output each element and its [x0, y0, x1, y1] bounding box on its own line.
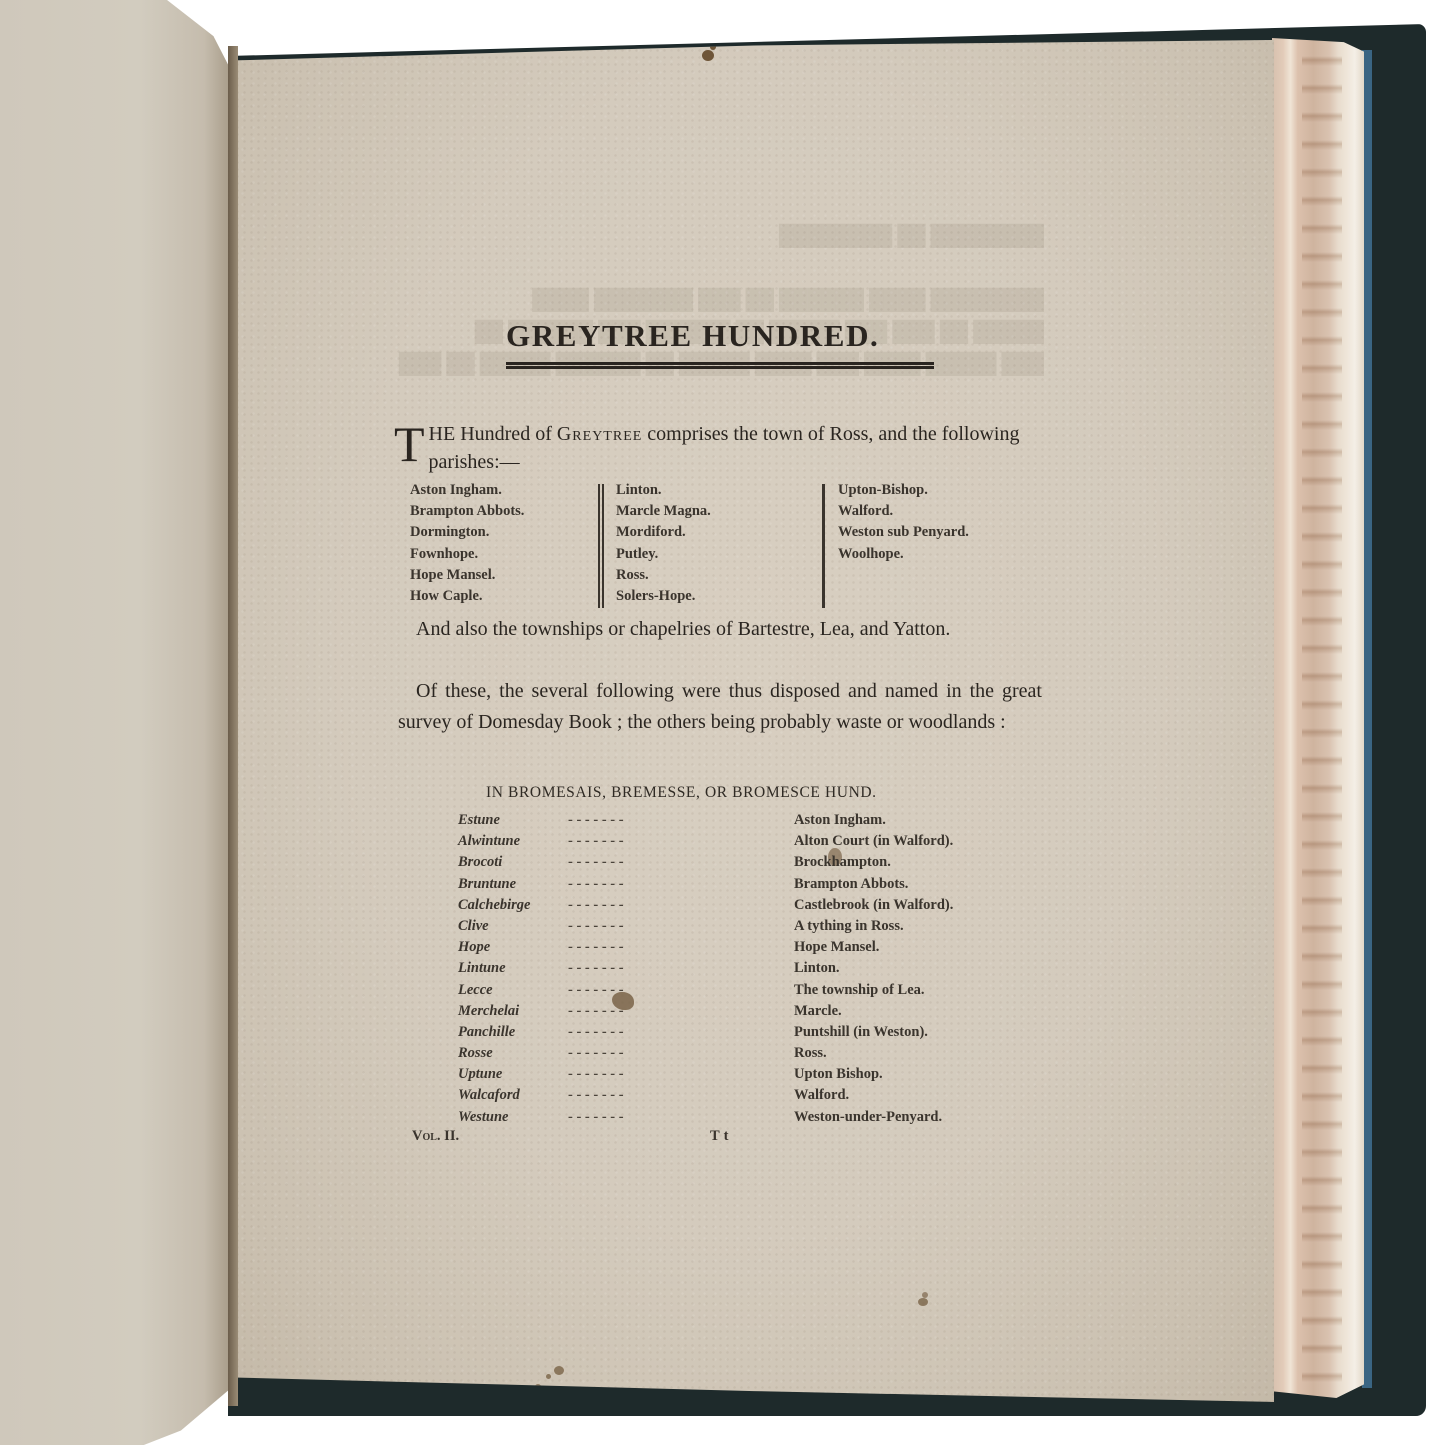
domesday-name: Westune	[458, 1107, 568, 1128]
townships-text: And also the townships or chapelries of …	[416, 618, 950, 640]
modern-name: Puntshill (in Weston).	[794, 1022, 928, 1043]
domesday-name: Brocoti	[458, 852, 568, 873]
domesday-name: Alwintune	[458, 831, 568, 852]
dash-leader: - - - - - - -	[568, 958, 794, 979]
modern-name: Upton Bishop.	[794, 1064, 883, 1085]
volume-marker: Vol. II.	[412, 1128, 459, 1145]
parish-item: Marcle Magna.	[616, 501, 711, 522]
dash-leader: - - - - - - -	[568, 895, 794, 916]
dash-leader: - - - - - - -	[568, 874, 794, 895]
domesday-text: Of these, the several following were thu…	[398, 680, 1042, 733]
modern-name: Brockhampton.	[794, 852, 891, 873]
modern-name: Linton.	[794, 958, 840, 979]
table-row: Merchelai- - - - - - -Marcle.	[458, 1001, 998, 1022]
townships-paragraph: And also the townships or chapelries of …	[398, 614, 1042, 645]
modern-name: The township of Lea.	[794, 980, 925, 1001]
dash-leader: - - - - - - -	[568, 1043, 794, 1064]
dash-leader: - - - - - - -	[568, 831, 794, 852]
modern-name: Castlebrook (in Walford).	[794, 895, 953, 916]
parish-item: Brampton Abbots.	[410, 501, 524, 522]
table-row: Bruntune- - - - - - -Brampton Abbots.	[458, 874, 998, 895]
parish-column-3: Upton-Bishop. Walford. Weston sub Penyar…	[838, 480, 969, 565]
left-endpaper	[0, 0, 232, 1445]
parish-item: Aston Ingham.	[410, 480, 524, 501]
parish-column-2: Linton. Marcle Magna. Mordiford. Putley.…	[616, 480, 711, 607]
parish-item: Upton-Bishop.	[838, 480, 969, 501]
page-title: GREYTREE HUNDRED.	[506, 318, 879, 354]
parish-item: Linton.	[616, 480, 711, 501]
parish-item: Walford.	[838, 501, 969, 522]
column-divider	[598, 484, 600, 608]
modern-name: Marcle.	[794, 1001, 842, 1022]
dash-leader: - - - - - - -	[568, 1085, 794, 1106]
dash-leader: - - - - - - -	[568, 1107, 794, 1128]
parish-item: Woolhope.	[838, 544, 969, 565]
domesday-name: Calchebirge	[458, 895, 568, 916]
modern-name: Weston-under-Penyard.	[794, 1107, 942, 1128]
table-row: Brocoti- - - - - - -Brockhampton.	[458, 852, 998, 873]
dash-leader: - - - - - - -	[568, 1001, 794, 1022]
drop-cap: T	[394, 422, 425, 466]
table-row: Estune- - - - - - -Aston Ingham.	[458, 810, 998, 831]
domesday-name: Panchille	[458, 1022, 568, 1043]
dash-leader: - - - - - - -	[568, 980, 794, 1001]
domesday-name: Clive	[458, 916, 568, 937]
page-content: GREYTREE HUNDRED. THE Hundred of Greytre…	[234, 40, 1274, 1402]
open-book-photo: ████████ ██ ████████ ████████ ████ █████…	[0, 0, 1445, 1445]
parish-item: Fownhope.	[410, 544, 524, 565]
table-row: Westune- - - - - - -Weston-under-Penyard…	[458, 1107, 998, 1128]
signature-mark: Tt	[710, 1128, 733, 1145]
modern-name: Alton Court (in Walford).	[794, 831, 953, 852]
table-row: Uptune- - - - - - -Upton Bishop.	[458, 1064, 998, 1085]
column-divider	[822, 484, 825, 608]
domesday-name: Lecce	[458, 980, 568, 1001]
domesday-name: Estune	[458, 810, 568, 831]
parish-item: Putley.	[616, 544, 711, 565]
domesday-name: Walcaford	[458, 1085, 568, 1106]
section-heading: IN BROMESAIS, BREMESSE, OR BROMESCE HUND…	[486, 784, 877, 802]
parish-item: Hope Mansel.	[410, 565, 524, 586]
domesday-name: Hope	[458, 937, 568, 958]
dash-leader: - - - - - - -	[568, 810, 794, 831]
modern-name: Ross.	[794, 1043, 827, 1064]
table-row: Panchille- - - - - - -Puntshill (in West…	[458, 1022, 998, 1043]
table-row: Lintune- - - - - - -Linton.	[458, 958, 998, 979]
modern-name: Walford.	[794, 1085, 849, 1106]
intro-text-start: HE Hundred of	[429, 423, 557, 445]
parish-item: Solers-Hope.	[616, 586, 711, 607]
table-row: Alwintune- - - - - - -Alton Court (in Wa…	[458, 831, 998, 852]
table-row: Rosse- - - - - - -Ross.	[458, 1043, 998, 1064]
domesday-paragraph: Of these, the several following were thu…	[398, 676, 1042, 738]
modern-name: Aston Ingham.	[794, 810, 886, 831]
title-double-rule	[506, 362, 934, 365]
parish-item: Dormington.	[410, 522, 524, 543]
modern-name: Hope Mansel.	[794, 937, 879, 958]
modern-name: A tything in Ross.	[794, 916, 904, 937]
domesday-name: Bruntune	[458, 874, 568, 895]
right-page: ████████ ██ ████████ ████████ ████ █████…	[234, 40, 1274, 1402]
modern-name: Brampton Abbots.	[794, 874, 908, 895]
domesday-name: Lintune	[458, 958, 568, 979]
book-gutter	[228, 46, 238, 1406]
parish-item: Ross.	[616, 565, 711, 586]
dash-leader: - - - - - - -	[568, 1022, 794, 1043]
table-row: Walcaford- - - - - - -Walford.	[458, 1085, 998, 1106]
table-row: Hope- - - - - - -Hope Mansel.	[458, 937, 998, 958]
parish-item: How Caple.	[410, 586, 524, 607]
parish-column-1: Aston Ingham. Brampton Abbots. Dormingto…	[410, 480, 524, 607]
domesday-name: Rosse	[458, 1043, 568, 1064]
parish-item: Mordiford.	[616, 522, 711, 543]
domesday-table: Estune- - - - - - -Aston Ingham. Alwintu…	[458, 810, 998, 1128]
domesday-name: Merchelai	[458, 1001, 568, 1022]
table-row: Calchebirge- - - - - - -Castlebrook (in …	[458, 895, 998, 916]
domesday-name: Uptune	[458, 1064, 568, 1085]
dash-leader: - - - - - - -	[568, 916, 794, 937]
dash-leader: - - - - - - -	[568, 937, 794, 958]
intro-paragraph: THE Hundred of Greytree comprises the to…	[394, 420, 1042, 476]
dash-leader: - - - - - - -	[568, 852, 794, 873]
parish-list: Aston Ingham. Brampton Abbots. Dormingto…	[408, 480, 1028, 610]
table-row: Lecce- - - - - - -The township of Lea.	[458, 980, 998, 1001]
hundred-name: Greytree	[557, 423, 642, 445]
page-fore-edge	[1272, 38, 1364, 1398]
table-row: Clive- - - - - - -A tything in Ross.	[458, 916, 998, 937]
parish-item: Weston sub Penyard.	[838, 522, 969, 543]
dash-leader: - - - - - - -	[568, 1064, 794, 1085]
